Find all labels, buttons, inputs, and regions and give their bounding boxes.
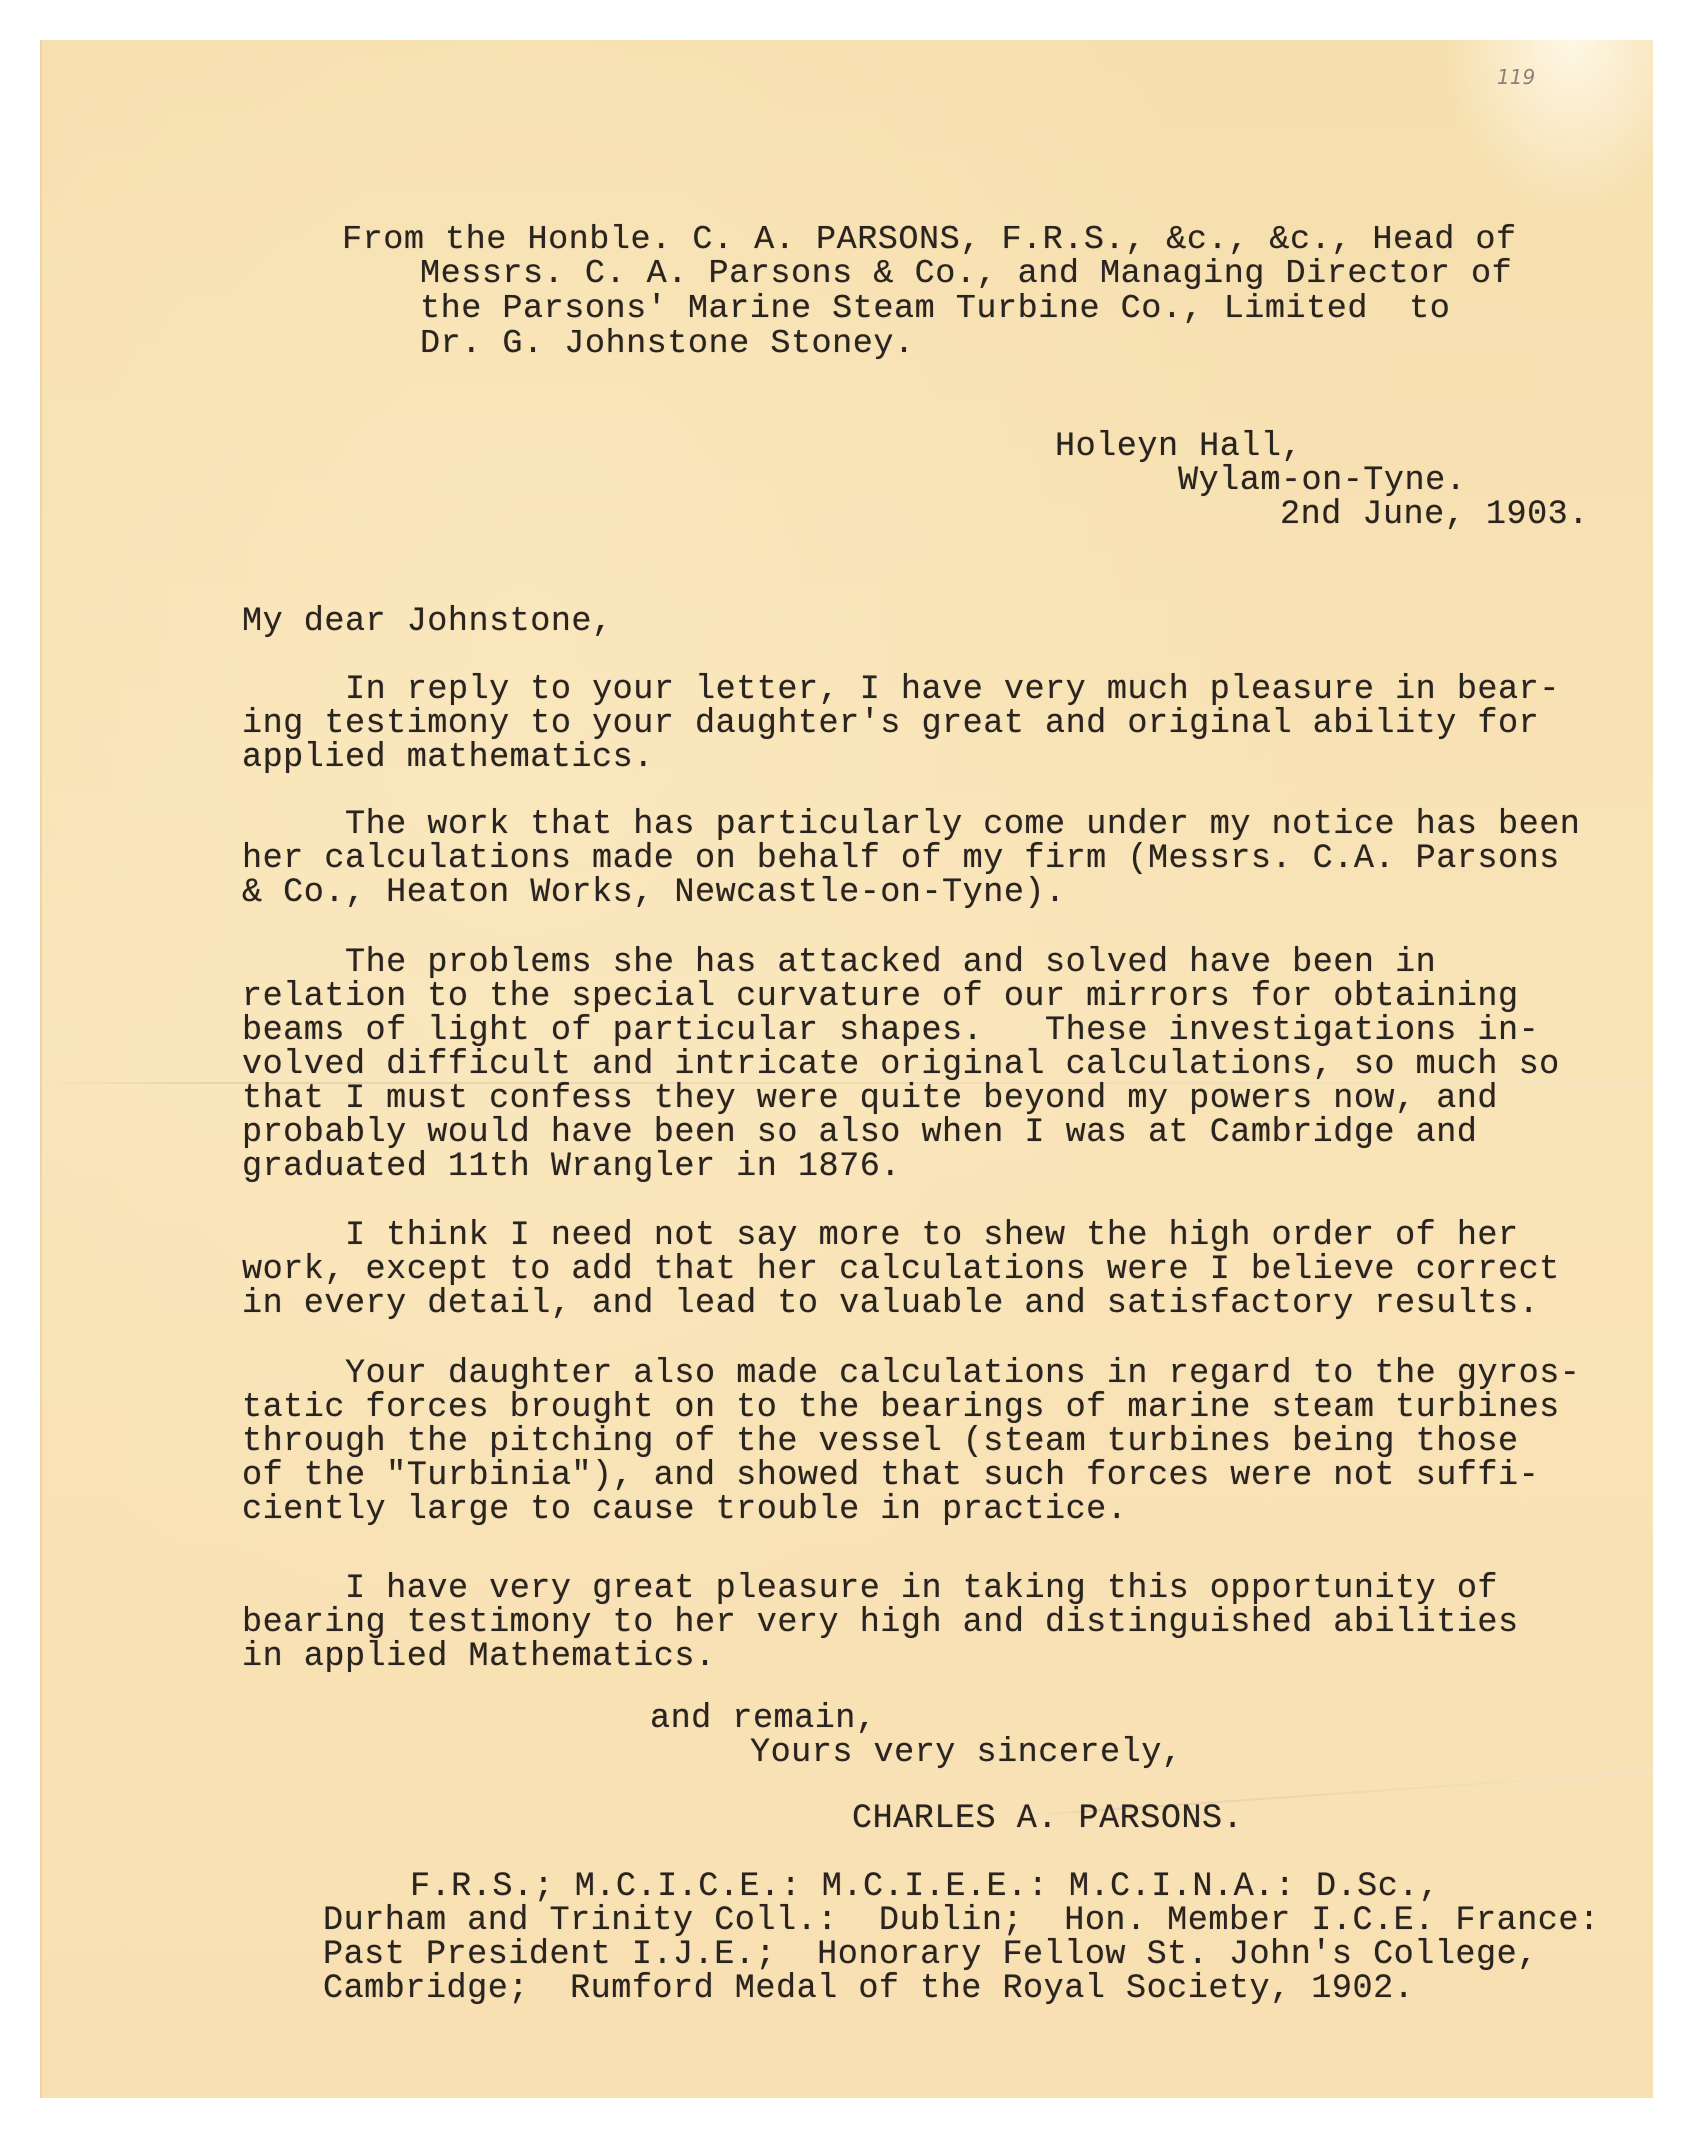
credentials-line: F.R.S.; M.C.I.C.E.: M.C.I.E.E.: M.C.I.N.… bbox=[410, 1870, 1439, 1904]
body-line: her calculations made on behalf of my fi… bbox=[242, 842, 1560, 876]
body-line: I think I need not say more to shew the … bbox=[345, 1219, 1519, 1253]
credentials-line: Durham and Trinity Coll.: Dublin; Hon. M… bbox=[323, 1904, 1600, 1938]
letter-date: 2nd June, 1903. bbox=[1280, 498, 1589, 532]
body-line: graduated 11th Wrangler in 1876. bbox=[242, 1150, 901, 1184]
body-line: In reply to your letter, I have very muc… bbox=[345, 673, 1560, 707]
signature: CHARLES A. PARSONS. bbox=[852, 1802, 1243, 1836]
closing-line: and remain, bbox=[650, 1702, 876, 1736]
body-line: The work that has particularly come unde… bbox=[345, 808, 1580, 842]
body-line: applied mathematics. bbox=[242, 741, 654, 775]
body-line: in every detail, and lead to valuable an… bbox=[242, 1287, 1539, 1321]
body-line: ing testimony to your daughter's great a… bbox=[242, 707, 1539, 741]
credentials-line: Past President I.J.E.; Honorary Fellow S… bbox=[323, 1938, 1538, 1972]
body-line: through the pitching of the vessel (stea… bbox=[242, 1425, 1519, 1459]
header-line: Messrs. C. A. Parsons & Co., and Managin… bbox=[420, 257, 1512, 291]
body-line: bearing testimony to her very high and d… bbox=[242, 1606, 1519, 1640]
header-line: Dr. G. Johnstone Stoney. bbox=[420, 327, 915, 361]
header-line: the Parsons' Marine Steam Turbine Co., L… bbox=[420, 292, 1450, 326]
body-line: work, except to add that her calculation… bbox=[242, 1253, 1560, 1287]
body-line: relation to the special curvature of our… bbox=[242, 980, 1519, 1014]
page-number-annotation: 119 bbox=[1497, 65, 1535, 89]
body-line: volved difficult and intricate original … bbox=[242, 1048, 1560, 1082]
body-line: that I must confess they were quite beyo… bbox=[242, 1082, 1498, 1116]
address-line: Holeyn Hall, bbox=[1055, 430, 1302, 464]
salutation: My dear Johnstone, bbox=[242, 605, 613, 639]
body-line: I have very great pleasure in taking thi… bbox=[345, 1572, 1498, 1606]
body-line: The problems she has attacked and solved… bbox=[345, 946, 1436, 980]
body-line: & Co., Heaton Works, Newcastle-on-Tyne). bbox=[242, 876, 1066, 910]
body-line: probably would have been so also when I … bbox=[242, 1116, 1477, 1150]
body-line: of the "Turbinia"), and showed that such… bbox=[242, 1459, 1539, 1493]
body-line: Your daughter also made calculations in … bbox=[345, 1357, 1580, 1391]
body-line: beams of light of particular shapes. The… bbox=[242, 1014, 1539, 1048]
body-line: tatic forces brought on to the bearings … bbox=[242, 1391, 1560, 1425]
address-line: Wylam-on-Tyne. bbox=[1178, 464, 1466, 498]
body-line: in applied Mathematics. bbox=[242, 1640, 716, 1674]
body-line: ciently large to cause trouble in practi… bbox=[242, 1493, 1127, 1527]
closing-line: Yours very sincerely, bbox=[750, 1736, 1182, 1770]
header-line: From the Honble. C. A. PARSONS, F.R.S., … bbox=[342, 223, 1517, 257]
credentials-line: Cambridge; Rumford Medal of the Royal So… bbox=[323, 1972, 1414, 2006]
